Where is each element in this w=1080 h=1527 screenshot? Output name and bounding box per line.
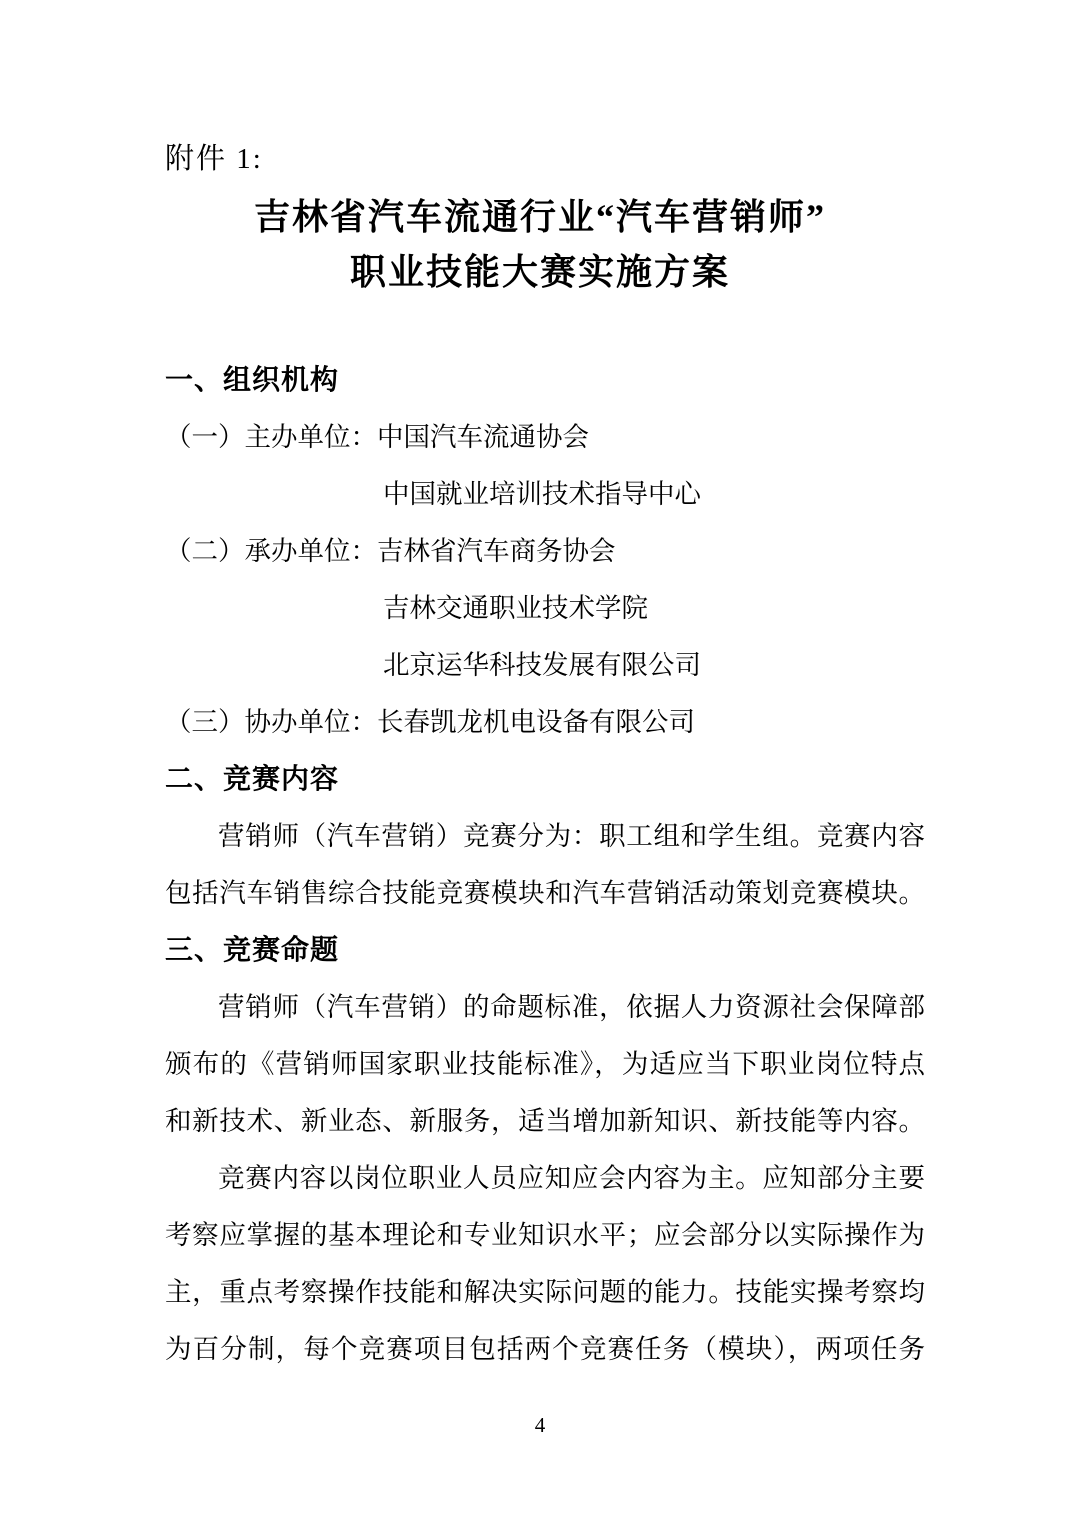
paragraph-line: 竞赛内容以岗位职业人员应知应会内容为主。应知部分主要 [165,1150,925,1207]
section-heading-organization: 一、组织机构 [165,352,925,409]
org-line-co-organizer-unit: （三）协办单位：长春凯龙机电设备有限公司 [165,694,925,751]
paragraph-line: 营销师（汽车营销）的命题标准，依据人力资源社会保障部 [165,979,925,1036]
org-line-host-unit-continuation: 中国就业培训技术指导中心 [165,466,925,523]
paragraph-line: 颁布的《营销师国家职业技能标准》，为适应当下职业岗位特点 [165,1036,925,1093]
attachment-label: 附件 1: [165,138,263,180]
document-title: 吉林省汽车流通行业“汽车营销师” 职业技能大赛实施方案 [0,190,1080,300]
org-line-organizer-unit: （二）承办单位：吉林省汽车商务协会 [165,523,925,580]
paragraph-line: 为百分制，每个竞赛项目包括两个竞赛任务（模块），两项任务 [165,1321,925,1378]
paragraph-line: 和新技术、新业态、新服务，适当增加新知识、新技能等内容。 [165,1093,925,1150]
paragraph-line: 考察应掌握的基本理论和专业知识水平；应会部分以实际操作为 [165,1207,925,1264]
org-line-host-unit: （一）主办单位：中国汽车流通协会 [165,409,925,466]
paragraph-line: 营销师（汽车营销）竞赛分为：职工组和学生组。竞赛内容 [165,808,925,865]
org-line-organizer-unit-continuation-2: 北京运华科技发展有限公司 [165,637,925,694]
section-heading-competition-content: 二、竞赛内容 [165,751,925,808]
document-page: 附件 1: 吉林省汽车流通行业“汽车营销师” 职业技能大赛实施方案 一、组织机构… [0,0,1080,1527]
paragraph-line: 包括汽车销售综合技能竞赛模块和汽车营销活动策划竞赛模块。 [165,865,925,922]
document-body: 一、组织机构 （一）主办单位：中国汽车流通协会 中国就业培训技术指导中心 （二）… [165,352,925,1378]
paragraph-line: 主，重点考察操作技能和解决实际问题的能力。技能实操考察均 [165,1264,925,1321]
document-title-line-2: 职业技能大赛实施方案 [0,245,1080,300]
org-line-organizer-unit-continuation-1: 吉林交通职业技术学院 [165,580,925,637]
page-number: 4 [0,1410,1080,1440]
section-heading-competition-topics: 三、竞赛命题 [165,922,925,979]
document-title-line-1: 吉林省汽车流通行业“汽车营销师” [0,190,1080,245]
